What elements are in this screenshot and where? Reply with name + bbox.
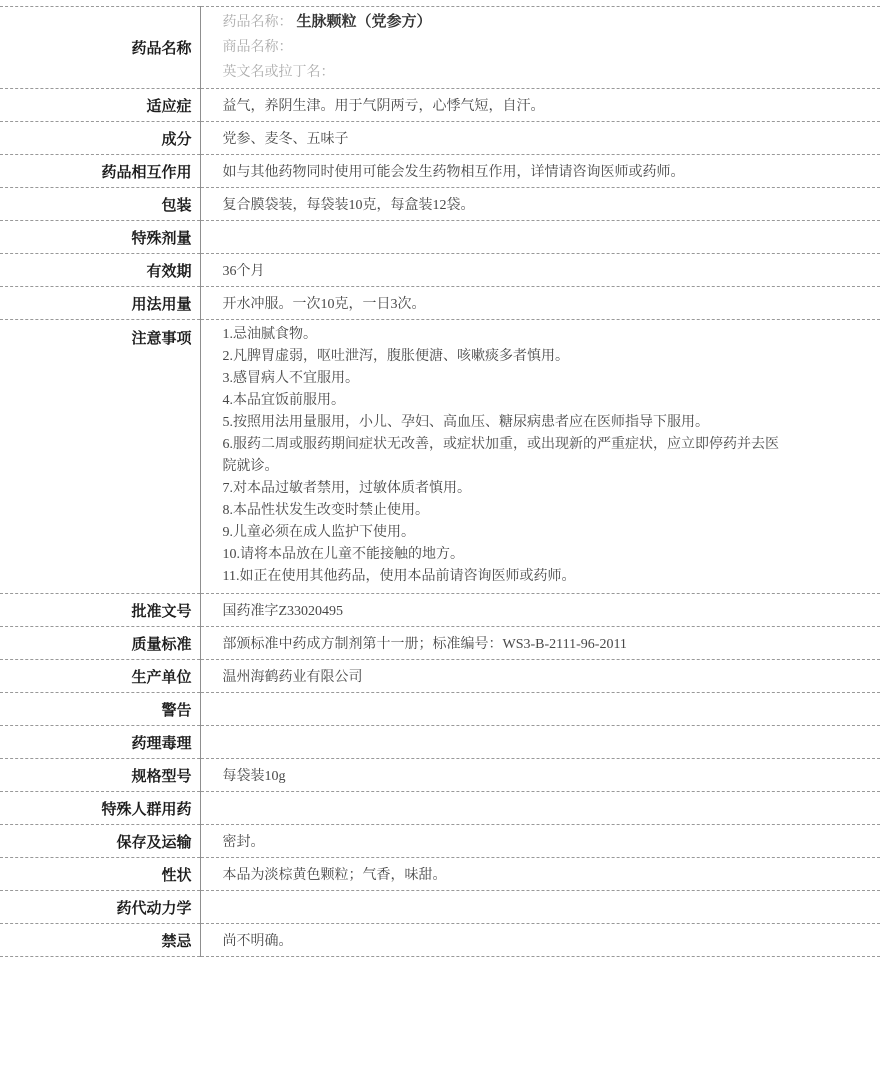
field-key-drug-name: 药品名称： <box>223 15 293 30</box>
precaution-item: 1.忌油腻食物。 <box>223 324 783 346</box>
row-special-dosage: 特殊剂量 <box>0 221 880 254</box>
row-label: 有效期 <box>0 254 200 287</box>
precaution-item: 7.对本品过敏者禁用，过敏体质者慎用。 <box>223 478 783 500</box>
row-manufacturer: 生产单位 温州海鹤药业有限公司 <box>0 660 880 693</box>
row-label: 药代动力学 <box>0 891 200 924</box>
row-value: 国药准字Z33020495 <box>200 594 880 627</box>
row-specification: 规格型号 每袋装10g <box>0 759 880 792</box>
row-storage-transport: 保存及运输 密封。 <box>0 825 880 858</box>
row-ingredients: 成分 党参、麦冬、五味子 <box>0 122 880 155</box>
row-label: 生产单位 <box>0 660 200 693</box>
row-value <box>200 726 880 759</box>
row-label: 保存及运输 <box>0 825 200 858</box>
row-characteristics: 性状 本品为淡棕黄色颗粒；气香，味甜。 <box>0 858 880 891</box>
row-value: 益气，养阴生津。用于气阴两亏，心悸气短，自汗。 <box>200 89 880 122</box>
row-label: 药理毒理 <box>0 726 200 759</box>
precaution-item: 2.凡脾胃虚弱，呕吐泄泻，腹胀便溏、咳嗽痰多者慎用。 <box>223 346 783 368</box>
precaution-item: 6.服药二周或服药期间症状无改善，或症状加重，或出现新的严重症状，应立即停药并去… <box>223 434 783 478</box>
row-label: 规格型号 <box>0 759 200 792</box>
row-drug-interactions: 药品相互作用 如与其他药物同时使用可能会发生药物相互作用，详情请咨询医师或药师。 <box>0 155 880 188</box>
row-indications: 适应症 益气，养阴生津。用于气阴两亏，心悸气短，自汗。 <box>0 89 880 122</box>
row-special-populations: 特殊人群用药 <box>0 792 880 825</box>
row-value: 1.忌油腻食物。 2.凡脾胃虚弱，呕吐泄泻，腹胀便溏、咳嗽痰多者慎用。 3.感冒… <box>200 320 880 594</box>
row-value: 本品为淡棕黄色颗粒；气香，味甜。 <box>200 858 880 891</box>
page: { "colors": { "border_horizontal": "#999… <box>0 0 880 1070</box>
drug-info-table: 药品名称 药品名称：生脉颗粒（党参方） 商品名称： 英文名或拉丁名： 适应症 益… <box>0 6 880 957</box>
row-label: 警告 <box>0 693 200 726</box>
row-warnings: 警告 <box>0 693 880 726</box>
row-label: 特殊剂量 <box>0 221 200 254</box>
row-value: 温州海鹤药业有限公司 <box>200 660 880 693</box>
precaution-item: 3.感冒病人不宜服用。 <box>223 368 783 390</box>
row-value: 如与其他药物同时使用可能会发生药物相互作用，详情请咨询医师或药师。 <box>200 155 880 188</box>
trade-name-line: 商品名称： <box>223 35 871 60</box>
row-value: 密封。 <box>200 825 880 858</box>
row-label: 药品相互作用 <box>0 155 200 188</box>
row-shelf-life: 有效期 36个月 <box>0 254 880 287</box>
row-label: 质量标准 <box>0 627 200 660</box>
row-value <box>200 221 880 254</box>
english-name-line: 英文名或拉丁名： <box>223 60 871 85</box>
row-drug-name: 药品名称 药品名称：生脉颗粒（党参方） 商品名称： 英文名或拉丁名： <box>0 7 880 89</box>
row-label: 批准文号 <box>0 594 200 627</box>
row-label: 性状 <box>0 858 200 891</box>
precaution-item: 9.儿童必须在成人监护下使用。 <box>223 522 783 544</box>
row-value <box>200 693 880 726</box>
row-label: 成分 <box>0 122 200 155</box>
row-value: 开水冲服。一次10克，一日3次。 <box>200 287 880 320</box>
row-value: 部颁标准中药成方制剂第十一册；标准编号：WS3-B-2111-96-2011 <box>200 627 880 660</box>
row-pharmacology-toxicology: 药理毒理 <box>0 726 880 759</box>
row-value <box>200 792 880 825</box>
row-label: 适应症 <box>0 89 200 122</box>
row-value: 党参、麦冬、五味子 <box>200 122 880 155</box>
precaution-item: 5.按照用法用量服用，小儿、孕妇、高血压、糖尿病患者应在医师指导下服用。 <box>223 412 783 434</box>
field-key-trade-name: 商品名称： <box>223 40 293 55</box>
row-label: 包装 <box>0 188 200 221</box>
row-label: 特殊人群用药 <box>0 792 200 825</box>
row-approval-number: 批准文号 国药准字Z33020495 <box>0 594 880 627</box>
row-label: 注意事项 <box>0 320 200 594</box>
row-label: 禁忌 <box>0 924 200 957</box>
precaution-item: 8.本品性状发生改变时禁止使用。 <box>223 500 783 522</box>
precaution-item: 10.请将本品放在儿童不能接触的地方。 <box>223 544 783 566</box>
row-packaging: 包装 复合膜袋装，每袋装10克，每盒装12袋。 <box>0 188 880 221</box>
drug-name-value: 生脉颗粒（党参方） <box>297 14 432 30</box>
precaution-item: 11.如正在使用其他药品，使用本品前请咨询医师或药师。 <box>223 566 783 588</box>
row-value: 每袋装10g <box>200 759 880 792</box>
row-value: 尚不明确。 <box>200 924 880 957</box>
row-contraindications: 禁忌 尚不明确。 <box>0 924 880 957</box>
row-pharmacokinetics: 药代动力学 <box>0 891 880 924</box>
row-value <box>200 891 880 924</box>
row-value: 复合膜袋装，每袋装10克，每盒装12袋。 <box>200 188 880 221</box>
row-label: 用法用量 <box>0 287 200 320</box>
field-key-english-name: 英文名或拉丁名： <box>223 65 335 80</box>
row-dosage-usage: 用法用量 开水冲服。一次10克，一日3次。 <box>0 287 880 320</box>
drug-name-line: 药品名称：生脉颗粒（党参方） <box>223 10 871 35</box>
row-label: 药品名称 <box>0 7 200 89</box>
row-precautions: 注意事项 1.忌油腻食物。 2.凡脾胃虚弱，呕吐泄泻，腹胀便溏、咳嗽痰多者慎用。… <box>0 320 880 594</box>
row-value: 36个月 <box>200 254 880 287</box>
row-quality-standard: 质量标准 部颁标准中药成方制剂第十一册；标准编号：WS3-B-2111-96-2… <box>0 627 880 660</box>
row-value: 药品名称：生脉颗粒（党参方） 商品名称： 英文名或拉丁名： <box>200 7 880 89</box>
precaution-item: 4.本品宜饭前服用。 <box>223 390 783 412</box>
